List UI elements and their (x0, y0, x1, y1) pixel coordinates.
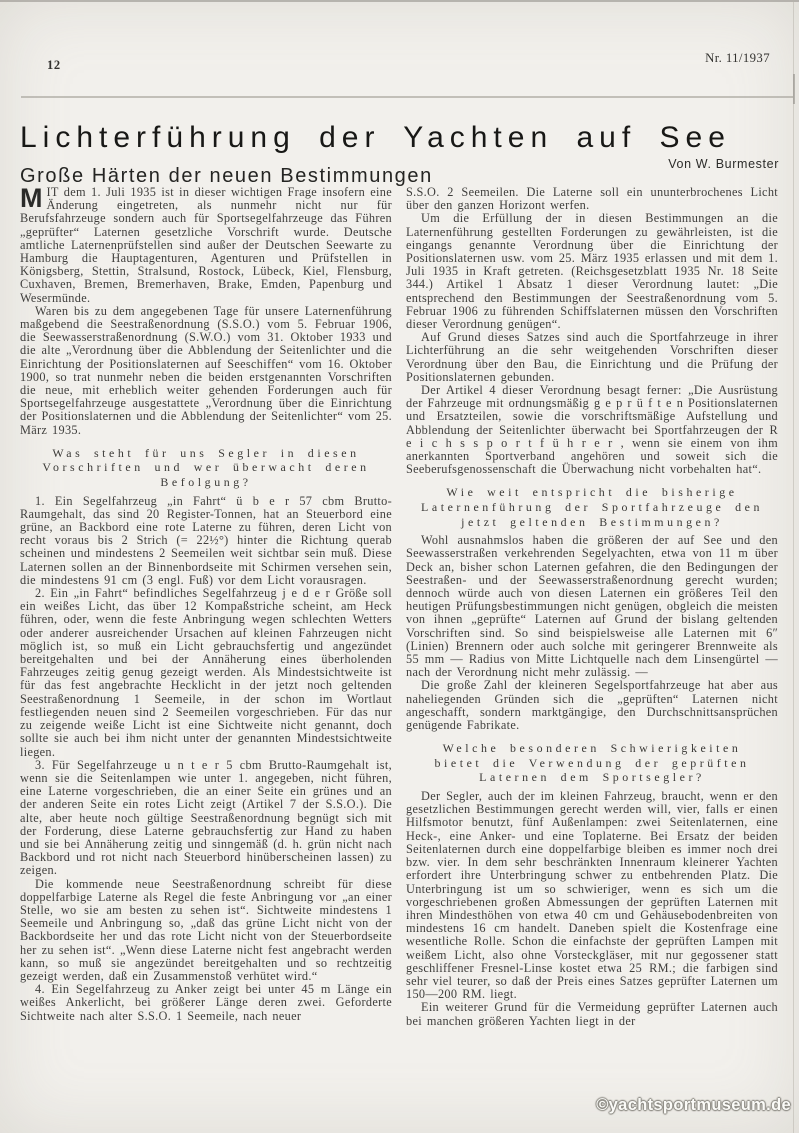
scan-tick-right (793, 74, 795, 104)
dropcap: M (20, 187, 43, 210)
paragraph: Waren bis zu dem angegebenen Tage für un… (20, 305, 392, 437)
paragraph: Wohl ausnahmslos haben die größeren der … (406, 534, 778, 679)
section-heading-line: Laternenführung der Sportfahrzeuge den (406, 500, 778, 515)
section-heading-line: bietet die Verwendung der geprüften (406, 756, 778, 771)
section-heading-line: Vorschriften und wer überwacht deren (20, 460, 392, 475)
paragraph: Die große Zahl der kleineren Segelsportf… (406, 679, 778, 732)
section-heading-line: Welche besonderen Schwierigkeiten (406, 741, 778, 756)
section-heading-line: Befolgung? (20, 475, 392, 490)
section-heading-line: Laternen dem Sportsegler? (406, 770, 778, 785)
paragraph: 2. Ein „in Fahrt“ befindliches Segelfahr… (20, 587, 392, 759)
header-rule (21, 96, 793, 98)
paragraph: 3. Für Segelfahrzeuge u n t e r 5 cbm Br… (20, 759, 392, 878)
section-heading-line: Wie weit entspricht die bisherige (406, 485, 778, 500)
column-left: MIT dem 1. Juli 1935 ist in dieser wicht… (20, 186, 392, 1023)
paragraph: MIT dem 1. Juli 1935 ist in dieser wicht… (20, 186, 392, 305)
page-number: 12 (47, 58, 61, 73)
section-heading-line: Was steht für uns Segler in diesen (20, 446, 392, 461)
section-heading: Wie weit entspricht die bisherigeLaterne… (406, 485, 778, 529)
section-heading: Was steht für uns Segler in diesenVorsch… (20, 446, 392, 490)
issue-number: Nr. 11/1937 (705, 51, 770, 66)
scan-edge-right (793, 0, 794, 1133)
paragraph: Der Segler, auch der im kleinen Fahrzeug… (406, 790, 778, 1001)
paragraph: Um die Erfüllung der in diesen Bestimmun… (406, 212, 778, 331)
article-byline: Von W. Burmester (668, 157, 779, 171)
paragraph: Der Artikel 4 dieser Verordnung besagt f… (406, 384, 778, 476)
article-title: Lichterführung der Yachten auf See (20, 120, 782, 156)
watermark: ©yachtsportmuseum.de (596, 1096, 791, 1115)
scan-edge-top (0, 0, 799, 2)
paragraph: Die kommende neue Seestraßenordnung schr… (20, 878, 392, 984)
column-right: S.S.O. 2 Seemeilen. Die Laterne soll ein… (406, 186, 778, 1028)
section-heading: Welche besonderen Schwierigkeitenbietet … (406, 741, 778, 785)
paragraph: Ein weiterer Grund für die Vermeidung ge… (406, 1001, 778, 1027)
magazine-page: 12 Nr. 11/1937 Lichterführung der Yachte… (0, 0, 799, 1133)
paragraph: Auf Grund dieses Satzes sind auch die Sp… (406, 331, 778, 384)
paragraph: S.S.O. 2 Seemeilen. Die Laterne soll ein… (406, 186, 778, 212)
section-heading-line: jetzt geltenden Bestimmungen? (406, 515, 778, 530)
paragraph: 4. Ein Segelfahrzeug zu Anker zeigt bei … (20, 983, 392, 1023)
paragraph: 1. Ein Segelfahrzeug „in Fahrt“ ü b e r … (20, 495, 392, 587)
